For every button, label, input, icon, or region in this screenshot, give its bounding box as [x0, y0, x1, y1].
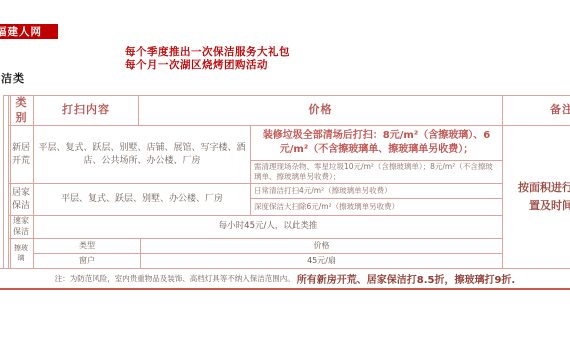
remark-cell: 按面积进行人员配置及时间安排 — [502, 125, 570, 269]
glass-window-price-cell: 45元/扇 — [140, 253, 503, 269]
site-logo-banner: 福建人网 — [0, 24, 58, 39]
hourly-price-cell: 每小时45元/人，以此类推 — [33, 215, 503, 239]
home-clean-category-cell: 居家保洁 — [8, 183, 34, 216]
promo-line-2: 每个月一次湖区烧烤团购活动 — [125, 57, 268, 72]
remark-text: 按面积进行人员配置及时间安排 — [514, 179, 570, 214]
glass-window-cell: 窗户 — [33, 253, 141, 269]
header-cell-category: 类别 — [8, 95, 34, 126]
site-logo-text: 福建人网 — [0, 24, 42, 39]
header-cell-content: 打扫内容 — [33, 95, 139, 126]
note-text: 注：为防范风险，室内贵重物品及装饰、高档灯具等不纳入保洁范围内。 — [55, 273, 295, 284]
home-clean-price-deep-cell: 深度保洁大扫除6元/m²（擦玻璃单另收费） — [250, 198, 503, 216]
header-cell-price: 价格 — [138, 95, 503, 126]
note-highlight: 所有新房开荒、居家保洁打8.5折，擦玻璃打9折. — [297, 271, 515, 286]
new-home-price-sub-cell: 需清理现场杂物、零星垃圾10元/m²（含擦玻璃单）；8元/m²（不含擦玻璃单、擦… — [250, 160, 503, 184]
glass-type-header-cell: 类型 — [33, 238, 141, 254]
new-home-category-cell: 新居开荒 — [8, 125, 34, 184]
header-cell-remark: 备注 — [502, 95, 570, 126]
glass-category-cell: 擦玻璃 — [8, 238, 34, 269]
new-home-content-cell: 平层、复式、跃层、别墅、店铺、展馆、写字楼、酒店、公共场所、办公楼、厂房 — [33, 125, 251, 184]
home-clean-content-cell: 平层、复式、跃层、别墅、办公楼、厂房 — [33, 183, 251, 216]
home-clean-price-daily-cell: 日常清洁打扫4元/m²（擦玻璃单另收费） — [250, 183, 503, 199]
page: 福建人网 每个季度推出一次保洁服务大礼包 每个月一次湖区烧烤团购活动 保洁类 类… — [0, 0, 570, 360]
hourly-category-cell: 速家保洁 — [8, 215, 34, 239]
note-row: 注：为防范风险，室内贵重物品及装饰、高档灯具等不纳入保洁范围内。 所有新房开荒、… — [0, 269, 570, 288]
new-home-price-main-cell: 装修垃圾全部清场后打扫：8元/m²（含擦玻璃）、6元/m²（不含擦玻璃单、擦玻璃… — [250, 125, 503, 161]
glass-price-header-cell: 价格 — [140, 238, 503, 254]
section-title: 保洁类 — [0, 70, 25, 86]
bottom-rule — [0, 288, 570, 290]
